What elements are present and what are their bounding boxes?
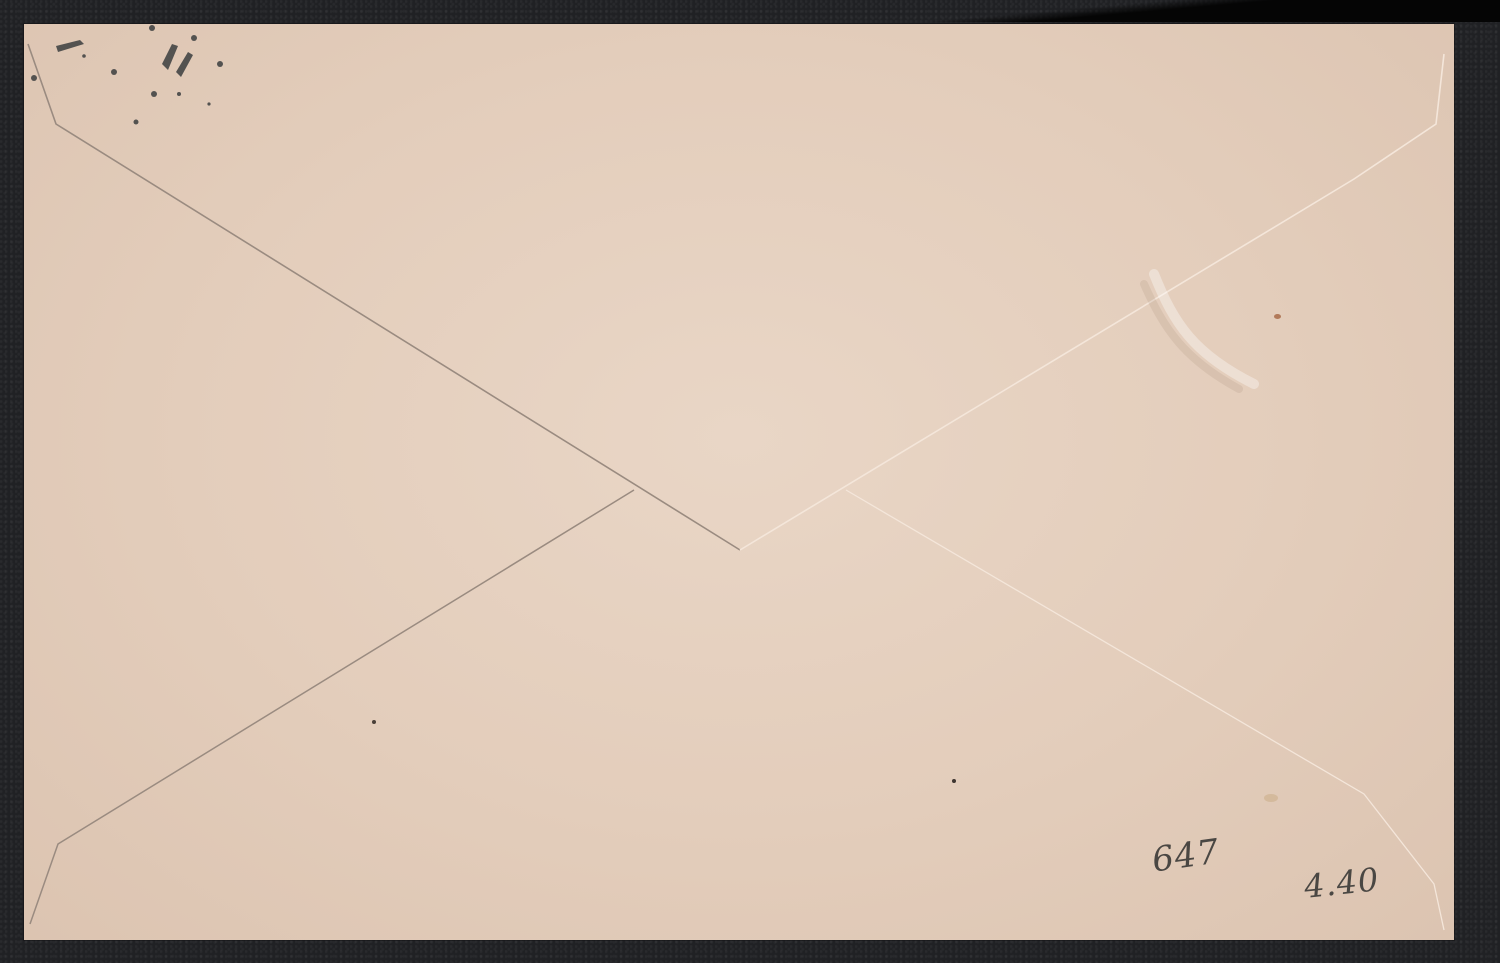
pencil-price-note: 4.40 <box>1302 860 1381 906</box>
paper-stain-speck <box>1274 314 1281 319</box>
envelope-back: 647 4.40 <box>24 24 1454 940</box>
left-flap-lower-fold <box>30 490 634 924</box>
paper-speck <box>372 720 376 724</box>
top-flap-right-fold <box>740 54 1444 550</box>
paper-stain-speck <box>1264 794 1278 802</box>
top-edge-shadow <box>700 0 1500 22</box>
paper-speck <box>952 779 956 783</box>
postmark-stamp <box>24 24 264 164</box>
